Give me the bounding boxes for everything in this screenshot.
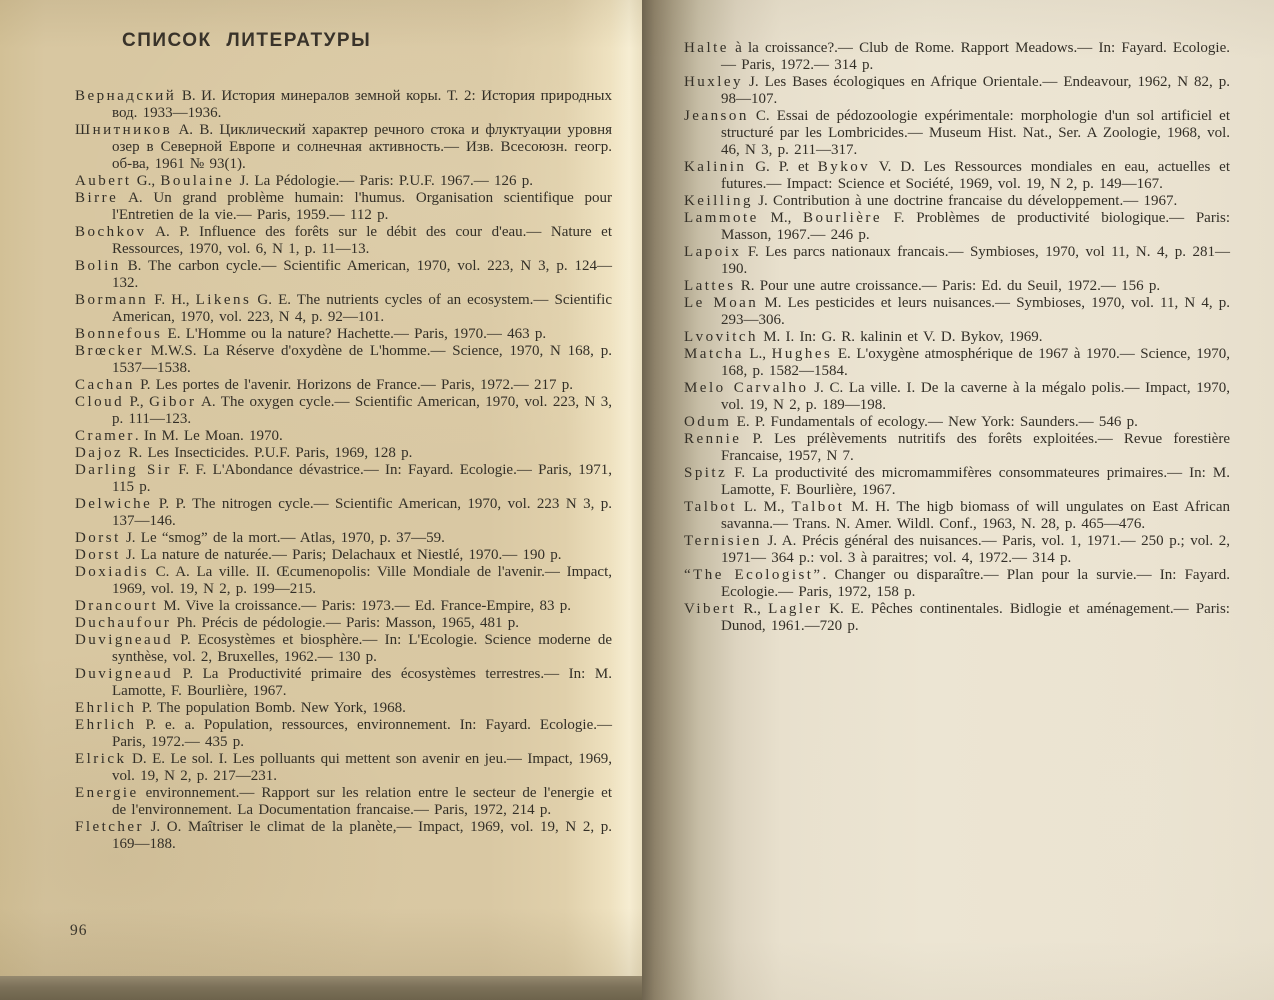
entry-text: M. Les pesticides et leurs nuisances.— S…	[721, 295, 1230, 328]
author-name: Doxiadis	[75, 564, 149, 580]
entry-text: . In M. Le Moan. 1970.	[135, 428, 283, 444]
entry-text: F. Les parcs nationaux francais.— Symbio…	[721, 244, 1230, 277]
bibliography-entry: Bolin B. The carbon cycle.— Scientific A…	[75, 258, 612, 292]
entry-text: J. Le “smog” de la mort.— Atlas, 1970, p…	[121, 530, 445, 546]
bibliography-entry: Huxley J. Les Bases écologiques en Afriq…	[684, 74, 1230, 108]
author-name: Ehrlich	[75, 717, 136, 733]
page-number: 96	[70, 922, 88, 940]
bibliography-entry: Halte à la croissance?.— Club de Rome. R…	[684, 40, 1230, 74]
entry-text: P.,	[124, 394, 149, 410]
entry-text: R. Les Insecticides. P.U.F. Paris, 1969,…	[123, 445, 412, 461]
author-name: Odum	[684, 414, 731, 430]
author-name: Bormann	[75, 292, 148, 308]
bibliography-entry: Duvigneaud P. Ecosystèmes et biosphère.—…	[75, 632, 612, 666]
author-name: Boulaine	[160, 173, 234, 189]
author-name: Ehrlich	[75, 700, 136, 716]
author-name: Lagler	[768, 601, 822, 617]
bibliography-entry: Шнитников А. В. Циклический характер реч…	[75, 122, 612, 173]
author-name: Energie	[75, 785, 139, 801]
author-name: Delwiche	[75, 496, 152, 512]
author-name: Lattes	[684, 278, 736, 294]
bibliography-entry: Duchaufour Ph. Précis de pédologie.— Par…	[75, 615, 612, 632]
author-name: Jeanson	[684, 108, 749, 124]
author-name: Bourlière	[803, 210, 882, 226]
author-name: Halte	[684, 40, 729, 56]
bibliography-entry: Lammote M., Bourlière F. Problèmes de pr…	[684, 210, 1230, 244]
author-name: Duvigneaud	[75, 666, 173, 682]
author-name: Duvigneaud	[75, 632, 173, 648]
bibliography-entry: Spitz F. La productivité des micromammif…	[684, 465, 1230, 499]
entry-text: P. P. The nitrogen cycle.— Scientific Am…	[112, 496, 612, 529]
entry-text: L.,	[744, 346, 772, 362]
author-name: Melo Carvalho	[684, 380, 809, 396]
entry-text: G. P. et	[746, 159, 817, 175]
entry-text: P. Les prélèvements nutritifs des forêts…	[721, 431, 1230, 464]
author-name: Huxley	[684, 74, 743, 90]
bibliography-entry: Dorst J. La nature de naturée.— Paris; D…	[75, 547, 612, 564]
entry-text: R. Pour une autre croissance.— Paris: Ed…	[736, 278, 1161, 294]
page-edge-shadow	[0, 976, 642, 1000]
entry-text: M. I. In: G. R. kalinin et V. D. Bykov, …	[758, 329, 1043, 345]
entry-text: P. The population Bomb. New York, 1968.	[136, 700, 405, 716]
author-name: Rennie	[684, 431, 741, 447]
bibliography-entry: Energie environnement.— Rapport sur les …	[75, 785, 612, 819]
entry-text: P. Les portes de l'avenir. Horizons de F…	[135, 377, 573, 393]
entry-text: E. L'Homme ou la nature? Hachette.— Pari…	[162, 326, 546, 342]
author-name: Dajoz	[75, 445, 123, 461]
author-name: Вернадский	[75, 88, 176, 104]
entry-text: E. P. Fundamentals of ecology.— New York…	[731, 414, 1138, 430]
bibliography-entry: Cloud P., Gibor A. The oxygen cycle.— Sc…	[75, 394, 612, 428]
entry-text: J. Les Bases écologiques en Afrique Orie…	[721, 74, 1230, 107]
entry-text: L. M.,	[737, 499, 791, 515]
author-name: Ternisien	[684, 533, 762, 549]
author-name: Cloud	[75, 394, 124, 410]
entry-text: F. La productivité des micromammifères c…	[721, 465, 1230, 498]
author-name: Talbot	[684, 499, 737, 515]
bibliography-entry: Melo Carvalho J. C. La ville. I. De la c…	[684, 380, 1230, 414]
author-name: Bochkov	[75, 224, 147, 240]
author-name: Duchaufour	[75, 615, 171, 631]
bibliography-entry: Lvovitch M. I. In: G. R. kalinin et V. D…	[684, 329, 1230, 346]
entry-text: M. Vive la croissance.— Paris: 1973.— Ed…	[158, 598, 571, 614]
author-name: Dorst	[75, 530, 121, 546]
bibliography-entry: Bormann F. H., Likens G. E. The nutrient…	[75, 292, 612, 326]
entry-text: F. H.,	[148, 292, 195, 308]
bibliography-entry: Delwiche P. P. The nitrogen cycle.— Scie…	[75, 496, 612, 530]
bibliography-entry: Elrick D. E. Le sol. I. Les polluants qu…	[75, 751, 612, 785]
bibliography-entry: Kalinin G. P. et Bykov V. D. Les Ressour…	[684, 159, 1230, 193]
entry-text: A. P. Influence des forêts sur le débit …	[112, 224, 612, 257]
author-name: Dorst	[75, 547, 121, 563]
bibliography-entry: Lattes R. Pour une autre croissance.— Pa…	[684, 278, 1230, 295]
entry-text: J. A. Précis général des nuisances.— Par…	[721, 533, 1230, 566]
author-name: Le Moan	[684, 295, 758, 311]
entry-text: R.,	[736, 601, 768, 617]
author-name: Likens	[196, 292, 252, 308]
author-name: Cachan	[75, 377, 135, 393]
author-name: Talbot	[791, 499, 844, 515]
bibliography-entry: Ehrlich P. The population Bomb. New York…	[75, 700, 612, 717]
bibliography-heading: СПИСОК ЛИТЕРАТУРЫ	[122, 30, 371, 52]
author-name: Brœcker	[75, 343, 144, 359]
entry-text: Ph. Précis de pédologie.— Paris: Masson,…	[171, 615, 519, 631]
author-name: Spitz	[684, 465, 727, 481]
author-name: Darling Sir	[75, 462, 172, 478]
bibliography-entry: “The Ecologist”. Changer ou disparaître.…	[684, 567, 1230, 601]
entry-text: P. Ecosystèmes et biosphère.— In: L'Ecol…	[112, 632, 612, 665]
author-name: Lvovitch	[684, 329, 758, 345]
entry-text: à la croissance?.— Club de Rome. Rapport…	[721, 40, 1230, 73]
bibliography-entry: Darling Sir F. F. L'Abondance dévastrice…	[75, 462, 612, 496]
author-name: Cramer	[75, 428, 135, 444]
author-name: Elrick	[75, 751, 127, 767]
entry-text: P. La Productivité primaire des écosystè…	[112, 666, 612, 699]
bibliography-column-right: Halte à la croissance?.— Club de Rome. R…	[684, 40, 1230, 635]
bibliography-entry: Keilling J. Contribution à une doctrine …	[684, 193, 1230, 210]
entry-text: J. La Pédologie.— Paris: P.U.F. 1967.— 1…	[234, 173, 533, 189]
entry-text: D. E. Le sol. I. Les polluants qui mette…	[112, 751, 612, 784]
bibliography-entry: Fletcher J. O. Maîtriser le climat de la…	[75, 819, 612, 853]
author-name: Matcha	[684, 346, 744, 362]
bibliography-entry: Dajoz R. Les Insecticides. P.U.F. Paris,…	[75, 445, 612, 462]
entry-text: F. F. L'Abondance dévastrice.— In: Fayar…	[112, 462, 612, 495]
bibliography-entry: Matcha L., Hughes E. L'oxygène atmosphér…	[684, 346, 1230, 380]
author-name: Lammote	[684, 210, 759, 226]
author-name: Bykov	[818, 159, 870, 175]
author-name: Gibor	[149, 394, 196, 410]
author-name: Kalinin	[684, 159, 746, 175]
bibliography-entry: Birre A. Un grand problème humain: l'hum…	[75, 190, 612, 224]
entry-text: C. A. La ville. II. Œcumenopolis: Ville …	[112, 564, 612, 597]
author-name: Birre	[75, 190, 118, 206]
entry-text: J. O. Maîtriser le climat de la planète,…	[112, 819, 612, 852]
entry-text: environnement.— Rapport sur les relation…	[112, 785, 612, 818]
author-name: Aubert	[75, 173, 132, 189]
author-name: Fletcher	[75, 819, 144, 835]
bibliography-entry: Talbot L. M., Talbot M. H. The higb biom…	[684, 499, 1230, 533]
author-name: Bolin	[75, 258, 121, 274]
author-name: “The Ecologist”	[684, 567, 823, 583]
entry-text: B. The carbon cycle.— Scientific America…	[112, 258, 612, 291]
author-name: Lapoix	[684, 244, 741, 260]
bibliography-column-left: Вернадский В. И. История минералов земно…	[75, 88, 612, 853]
author-name: Keilling	[684, 193, 753, 209]
bibliography-entry: Bonnefous E. L'Homme ou la nature? Hache…	[75, 326, 612, 343]
bibliography-entry: Вернадский В. И. История минералов земно…	[75, 88, 612, 122]
bibliography-entry: Vibert R., Lagler K. E. Pêches continent…	[684, 601, 1230, 635]
author-name: Bonnefous	[75, 326, 162, 342]
entry-text: M.,	[759, 210, 803, 226]
bibliography-entry: Ehrlich P. e. a. Population, ressources,…	[75, 717, 612, 751]
bibliography-entry: Aubert G., Boulaine J. La Pédologie.— Pa…	[75, 173, 612, 190]
bibliography-entry: Lapoix F. Les parcs nationaux francais.—…	[684, 244, 1230, 278]
entry-text: M.W.S. La Réserve d'oxydène de L'homme.—…	[112, 343, 612, 376]
bibliography-entry: Duvigneaud P. La Productivité primaire d…	[75, 666, 612, 700]
author-name: Drancourt	[75, 598, 158, 614]
author-name: Hughes	[772, 346, 833, 362]
bibliography-entry: Brœcker M.W.S. La Réserve d'oxydène de L…	[75, 343, 612, 377]
entry-text: G.,	[132, 173, 161, 189]
bibliography-entry: Bochkov A. P. Influence des forêts sur l…	[75, 224, 612, 258]
bibliography-entry: Cachan P. Les portes de l'avenir. Horizo…	[75, 377, 612, 394]
bibliography-entry: Doxiadis C. A. La ville. II. Œcumenopoli…	[75, 564, 612, 598]
entry-text: P. e. a. Population, ressources, environ…	[112, 717, 612, 750]
bibliography-entry: Cramer. In M. Le Moan. 1970.	[75, 428, 612, 445]
entry-text: J. La nature de naturée.— Paris; Delacha…	[121, 547, 562, 563]
bibliography-entry: Dorst J. Le “smog” de la mort.— Atlas, 1…	[75, 530, 612, 547]
bibliography-entry: Jeanson C. Essai de pédozoologie expérim…	[684, 108, 1230, 159]
bibliography-entry: Ternisien J. A. Précis général des nuisa…	[684, 533, 1230, 567]
entry-text: В. И. История минералов земной коры. Т. …	[112, 88, 612, 121]
bibliography-entry: Drancourt M. Vive la croissance.— Paris:…	[75, 598, 612, 615]
author-name: Vibert	[684, 601, 736, 617]
entry-text: А. В. Циклический характер речного стока…	[112, 122, 612, 172]
entry-text: J. Contribution à une doctrine francaise…	[753, 193, 1177, 209]
bibliography-entry: Odum E. P. Fundamentals of ecology.— New…	[684, 414, 1230, 431]
entry-text: C. Essai de pédozoologie expérimentale: …	[721, 108, 1230, 158]
entry-text: A. Un grand problème humain: l'humus. Or…	[112, 190, 612, 223]
bibliography-entry: Le Moan M. Les pesticides et leurs nuisa…	[684, 295, 1230, 329]
bibliography-entry: Rennie P. Les prélèvements nutritifs des…	[684, 431, 1230, 465]
author-name: Шнитников	[75, 122, 172, 138]
